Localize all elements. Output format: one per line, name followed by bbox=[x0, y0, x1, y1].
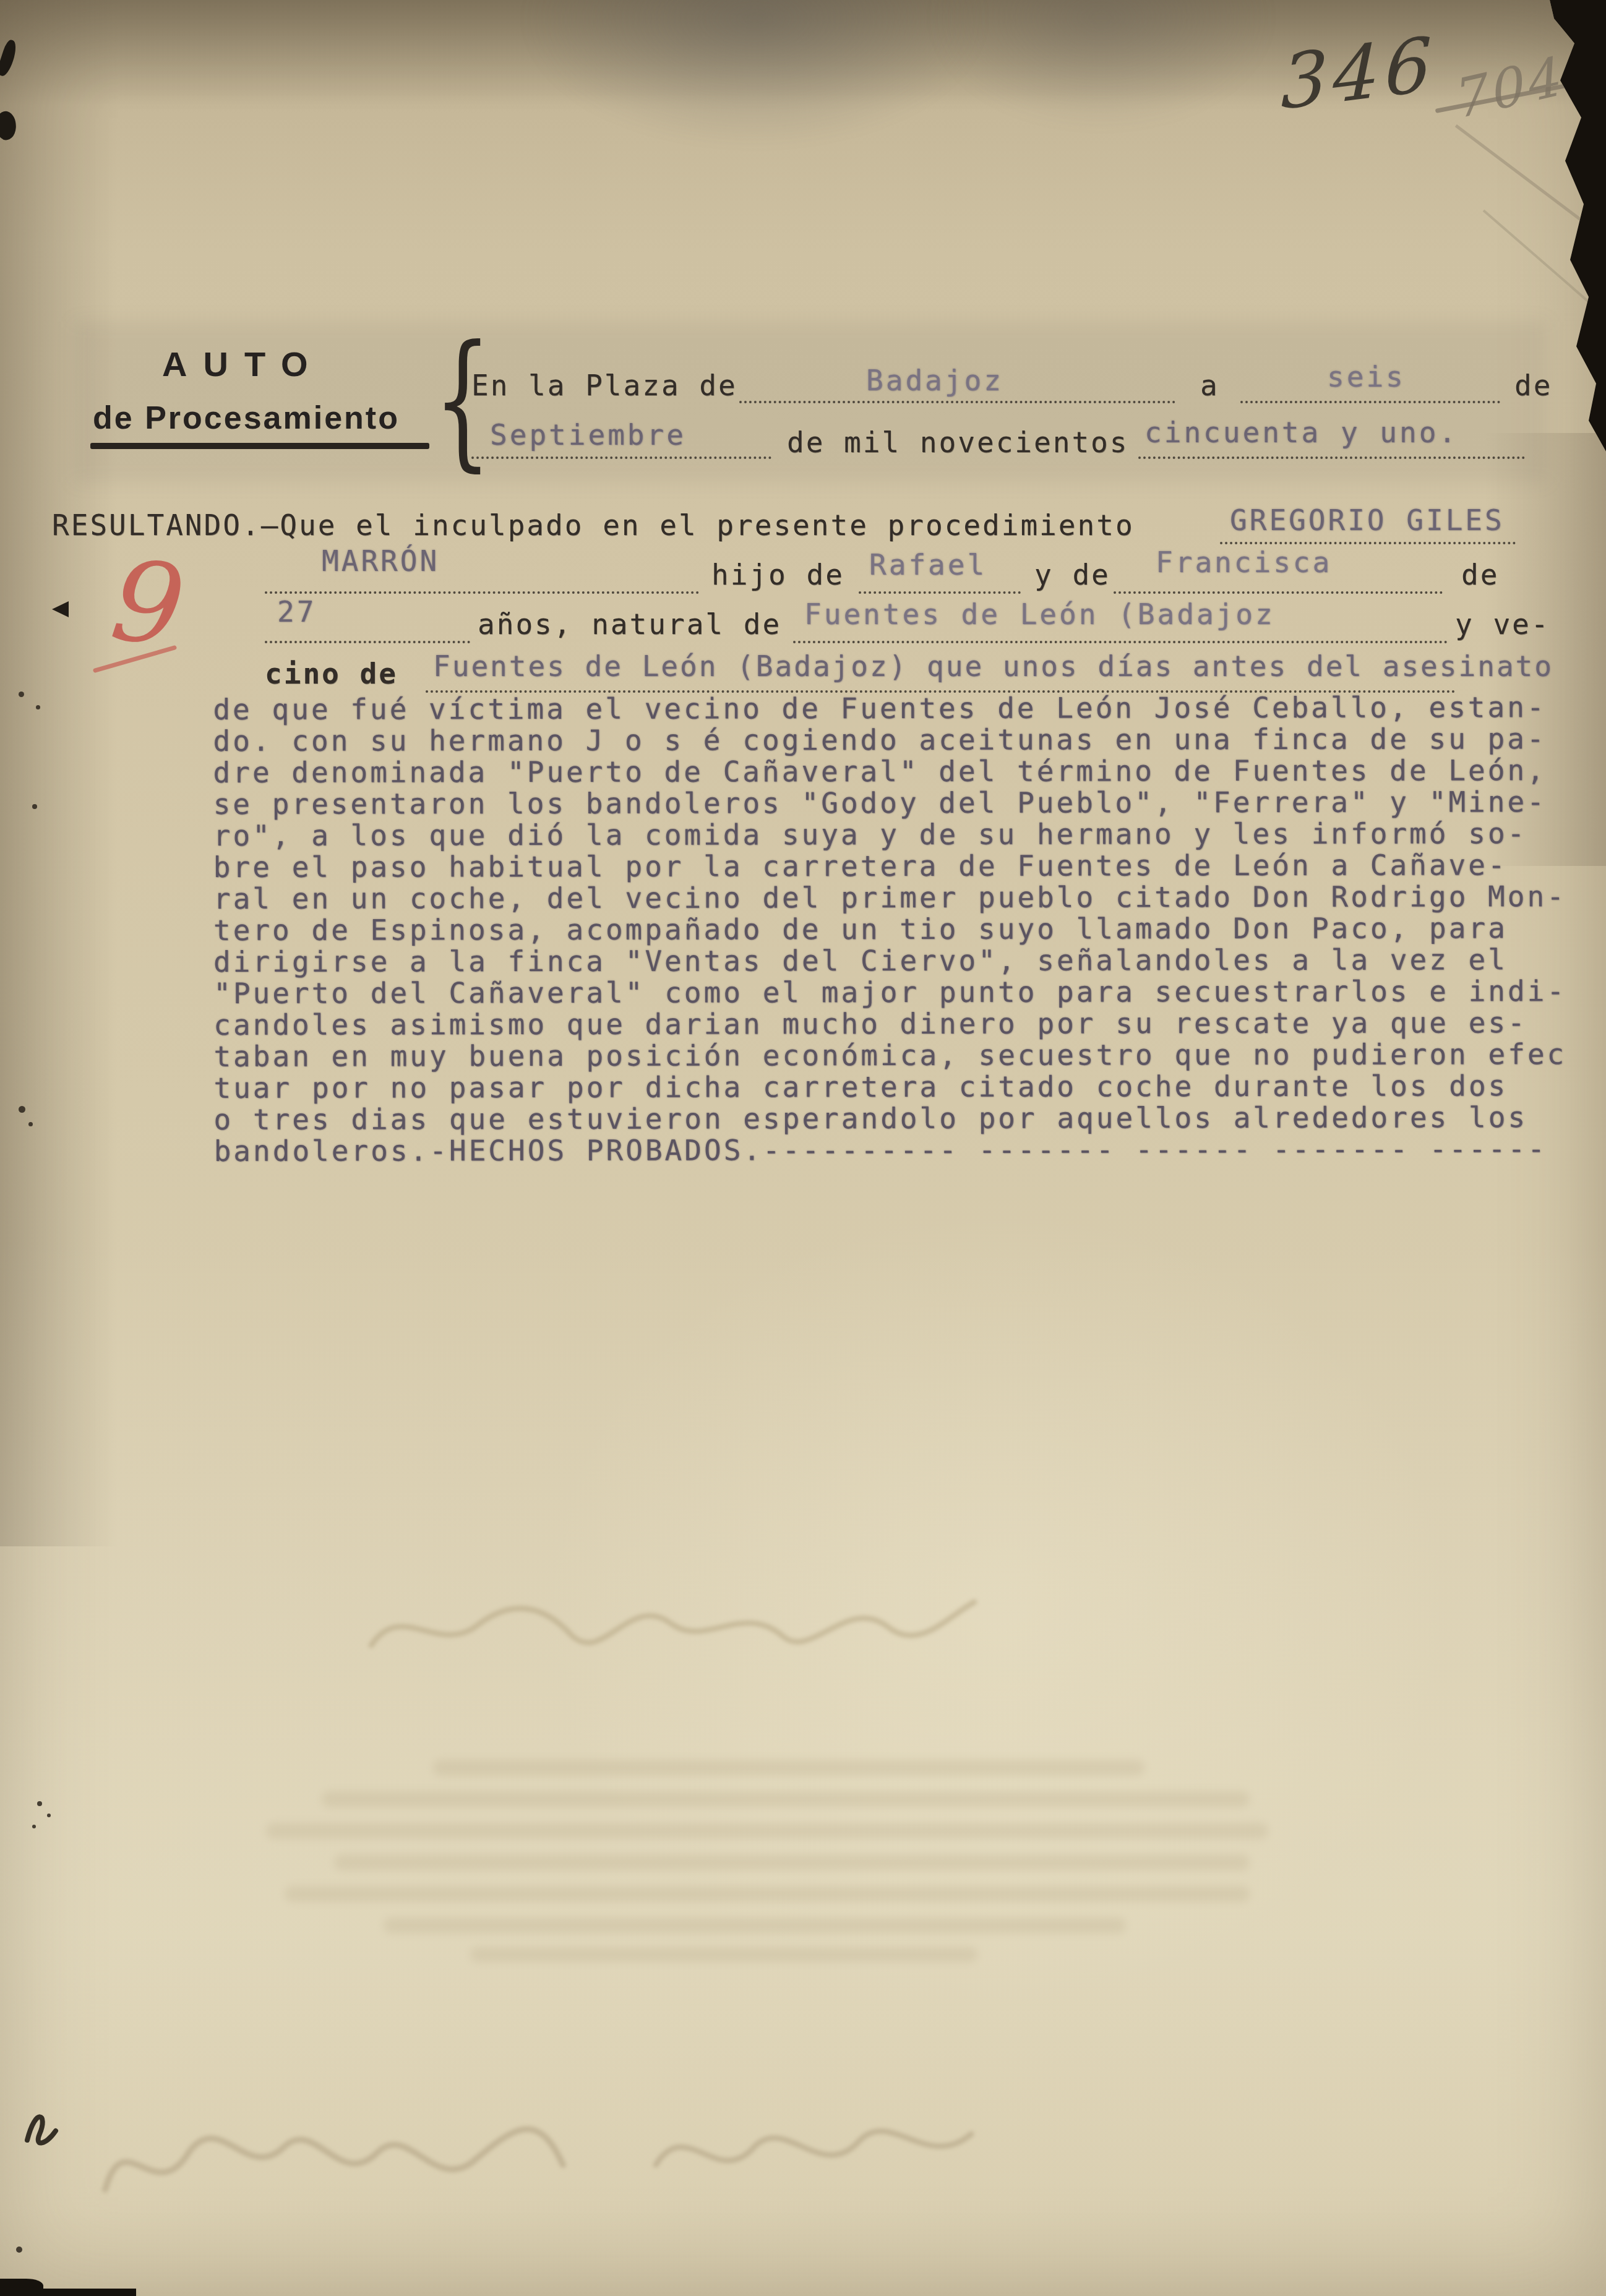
printed-y-ve: y ve- bbox=[1455, 607, 1550, 641]
printed-hijo-de: hijo de bbox=[711, 558, 844, 591]
ink-speck bbox=[47, 1814, 51, 1817]
margin-number-red: 9 bbox=[105, 536, 191, 672]
dotted-line-day bbox=[1240, 401, 1500, 403]
body-line: candoles asimismo que darian mucho diner… bbox=[213, 1007, 1599, 1041]
dotted-line-month bbox=[471, 456, 771, 459]
ink-speck bbox=[19, 692, 24, 697]
ink-speck bbox=[32, 804, 37, 809]
form-title-auto: AUTO bbox=[162, 344, 324, 384]
ghost-text-line bbox=[334, 1854, 1250, 1870]
archival-number: 346 bbox=[1281, 21, 1438, 127]
stain-top-smudge bbox=[520, 0, 990, 148]
ghost-text-line bbox=[470, 1947, 977, 1962]
dotted-line-name bbox=[1220, 542, 1516, 544]
bottom-edge-shadow-2 bbox=[0, 2279, 43, 2296]
title-underline bbox=[90, 443, 429, 449]
body-line: ro", a los que dió la comida suya y de s… bbox=[213, 818, 1599, 852]
ghost-text-line bbox=[266, 1823, 1268, 1839]
fill-mother: Francisca bbox=[1156, 546, 1332, 579]
dotted-line-surname bbox=[265, 591, 699, 594]
ink-speck bbox=[32, 1825, 36, 1828]
form-title-procesamiento: de Procesamiento bbox=[93, 400, 400, 437]
scanned-document-page: 346 704 AUTO de Procesamiento { En la Pl… bbox=[0, 0, 1606, 2296]
margin-arrow-mark bbox=[52, 601, 69, 617]
body-line: do. con su hermano J o s é cogiendo acei… bbox=[213, 723, 1599, 757]
printed-cino-de: cino de bbox=[265, 657, 398, 690]
ghost-text-line bbox=[285, 1886, 1250, 1902]
pencil-stroke-1 bbox=[1455, 124, 1606, 287]
form-printed-en-la-plaza: En la Plaza de bbox=[471, 369, 737, 402]
fill-father: Rafael bbox=[869, 548, 987, 581]
body-line: bandoleros.-HECHOS PROBADOS.---------- -… bbox=[214, 1133, 1600, 1167]
body-line: "Puerto del Cañaveral" como el major pun… bbox=[213, 975, 1599, 1009]
ghost-signature-bottom bbox=[80, 2072, 1021, 2233]
paper-sheet: 346 704 AUTO de Procesamiento { En la Pl… bbox=[0, 0, 1606, 2296]
ink-speck bbox=[36, 705, 40, 709]
body-line: ral en un coche, del vecino del primer p… bbox=[213, 881, 1599, 915]
resultando-lead: RESULTANDO.—Que el inculpado en el prese… bbox=[52, 508, 1135, 542]
dotted-line-place bbox=[739, 401, 1175, 403]
body-line: tero de Espinosa, acompañado de un tio s… bbox=[213, 912, 1599, 946]
ink-speck bbox=[28, 1122, 33, 1126]
body-line: de que fué víctima el vecino de Fuentes … bbox=[213, 692, 1599, 726]
ink-speck bbox=[19, 1106, 25, 1113]
body-line: se presentaron los bandoleros "Godoy del… bbox=[213, 786, 1599, 820]
form-printed-mil-novecientos: de mil novecientos bbox=[787, 426, 1129, 459]
form-printed-de: de bbox=[1514, 369, 1552, 402]
ghost-text-line bbox=[322, 1791, 1250, 1807]
fill-accused-surname: MARRÓN bbox=[322, 544, 439, 578]
dotted-line-year bbox=[1138, 456, 1525, 459]
fill-birthplace: Fuentes de León (Badajoz bbox=[804, 598, 1275, 631]
ink-speck bbox=[37, 1801, 42, 1806]
body-line: dre denominada "Puerto de Cañaveral" del… bbox=[213, 755, 1599, 789]
ghost-text-line bbox=[384, 1917, 1126, 1934]
dotted-line-age bbox=[265, 641, 470, 643]
fill-day: seis bbox=[1327, 360, 1406, 393]
ghost-signature-middle bbox=[359, 1565, 990, 1689]
fill-accused-name: GREGORIO GILES bbox=[1230, 503, 1505, 537]
printed-de-2: de bbox=[1461, 558, 1499, 591]
ink-speck bbox=[16, 2247, 22, 2253]
fill-place: Badajoz bbox=[866, 364, 1003, 397]
fill-month: Septiembre bbox=[490, 418, 686, 452]
body-line: tuar por no pasar por dicha carretera ci… bbox=[213, 1070, 1599, 1104]
fill-year: cincuenta y uno. bbox=[1144, 416, 1458, 449]
stain-left-edge bbox=[0, 0, 118, 1546]
dotted-line-mother bbox=[1114, 591, 1443, 594]
ink-blot-left-edge bbox=[0, 109, 19, 142]
dotted-line-father bbox=[859, 591, 1021, 594]
stain-top-smudge-2 bbox=[928, 0, 1274, 130]
body-line: taban en muy buena posición económica, s… bbox=[213, 1039, 1599, 1073]
ink-blot-curl bbox=[19, 2097, 68, 2159]
printed-y-de: y de bbox=[1034, 558, 1110, 591]
printed-anos-natural: años, natural de bbox=[478, 607, 781, 641]
pencil-stroke-2 bbox=[1483, 210, 1606, 337]
dotted-line-birthplace bbox=[793, 641, 1448, 643]
fill-age: 27 bbox=[277, 595, 316, 628]
fill-residence: Fuentes de León (Badajoz) que unos días … bbox=[433, 649, 1553, 683]
ink-blot-top-left bbox=[0, 38, 19, 77]
form-printed-a: a bbox=[1200, 369, 1219, 402]
body-paragraph: de que fué víctima el vecino de Fuentes … bbox=[213, 692, 1599, 1167]
body-line: dirigirse a la finca "Ventas del Ciervo"… bbox=[213, 944, 1599, 978]
ghost-text-line bbox=[433, 1760, 1144, 1776]
body-line: o tres dias que estuvieron esperandolo p… bbox=[213, 1102, 1599, 1136]
body-line: bre el paso habitual por la carretera de… bbox=[213, 849, 1599, 883]
